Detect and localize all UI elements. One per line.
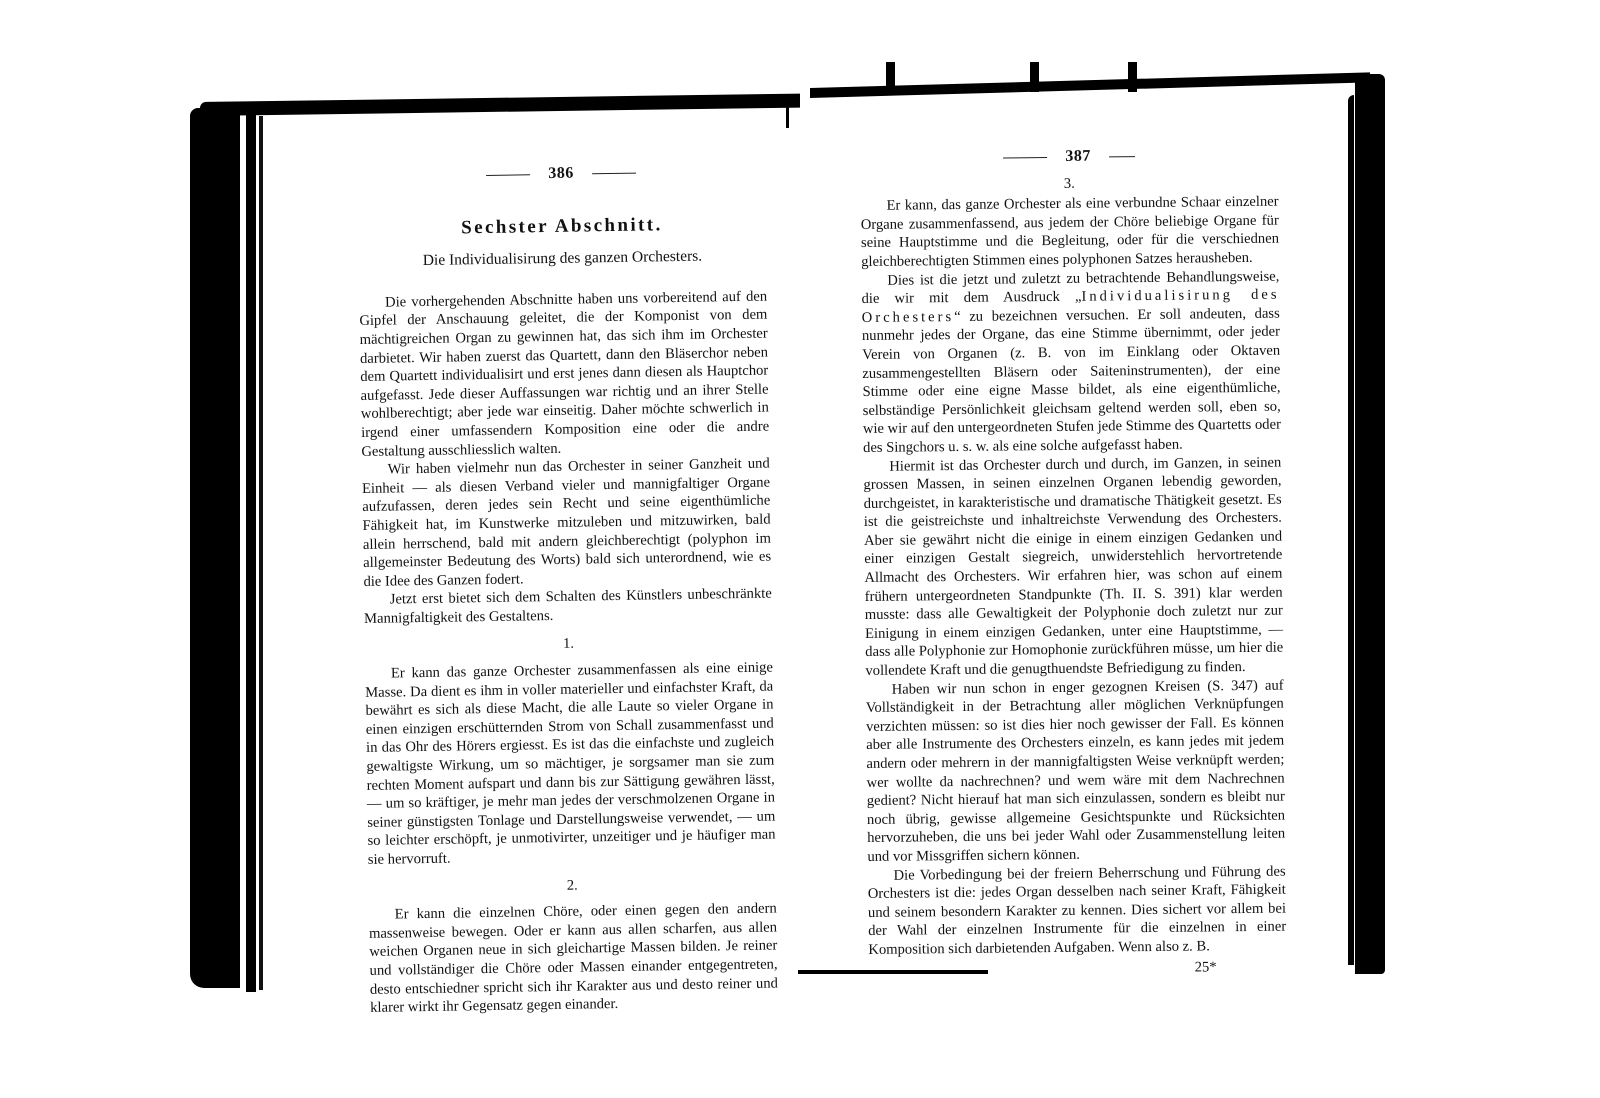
paragraph: Haben wir nun schon in enger gezognen Kr… [866, 676, 1286, 866]
paragraph: Hiermit ist das Orchester durch und durc… [863, 453, 1283, 680]
gutter-mark [786, 100, 789, 128]
page-number: 387 [860, 146, 1278, 169]
section-number: 2. [368, 873, 776, 898]
paragraph: Er kann, das ganze Orchester als eine ve… [860, 193, 1279, 272]
bookmark-tab [1030, 62, 1039, 92]
paragraph: Wir haben vielmehr nun das Orchester in … [362, 455, 772, 592]
section-number: 1. [364, 632, 772, 657]
paragraph: Er kann das ganze Orchester zusammenfass… [365, 659, 776, 870]
paragraph: Er kann die einzelnen Chöre, oder einen … [369, 900, 779, 1018]
page-number: 386 [357, 162, 765, 187]
paragraph: Jetzt erst bietet sich dem Schalten des … [364, 585, 773, 629]
page-number-text: 386 [548, 165, 574, 182]
book-left-edge-inner [246, 112, 256, 992]
chapter-subtitle: Die Individualisirung des ganzen Orchest… [358, 247, 766, 272]
folio-rule [592, 172, 636, 174]
paragraph: Die Vorbedingung bei der freiern Beherrs… [868, 862, 1287, 959]
page-number-text: 387 [1065, 148, 1091, 165]
folio-rule [486, 174, 530, 176]
book-left-edge [190, 108, 240, 988]
folio-rule [1109, 156, 1135, 157]
paragraph: Die vorhergehenden Abschnitte haben uns … [359, 287, 770, 461]
signature-mark: 25* [868, 958, 1216, 980]
chapter-title: Sechster Abschnitt. [358, 214, 766, 239]
right-page: 387 3. Er kann, das ganze Orchester als … [860, 146, 1287, 980]
book-right-edge-inner [1348, 95, 1354, 965]
paragraph: Dies ist die jetzt und zuletzt zu betrac… [861, 267, 1281, 457]
bookmark-tab [886, 62, 895, 92]
book-left-edge-line [259, 116, 263, 990]
book-top-edge-left [200, 94, 800, 116]
bookmark-tab [1128, 62, 1137, 92]
left-page: 386 Sechster Abschnitt. Die Individualis… [357, 162, 778, 1018]
section-number: 3. [860, 172, 1278, 195]
folio-rule [1003, 157, 1047, 158]
book-right-edge [1355, 74, 1385, 974]
paragraph-text: “ zu bezeichnen versuchen. Er soll andeu… [862, 305, 1281, 456]
